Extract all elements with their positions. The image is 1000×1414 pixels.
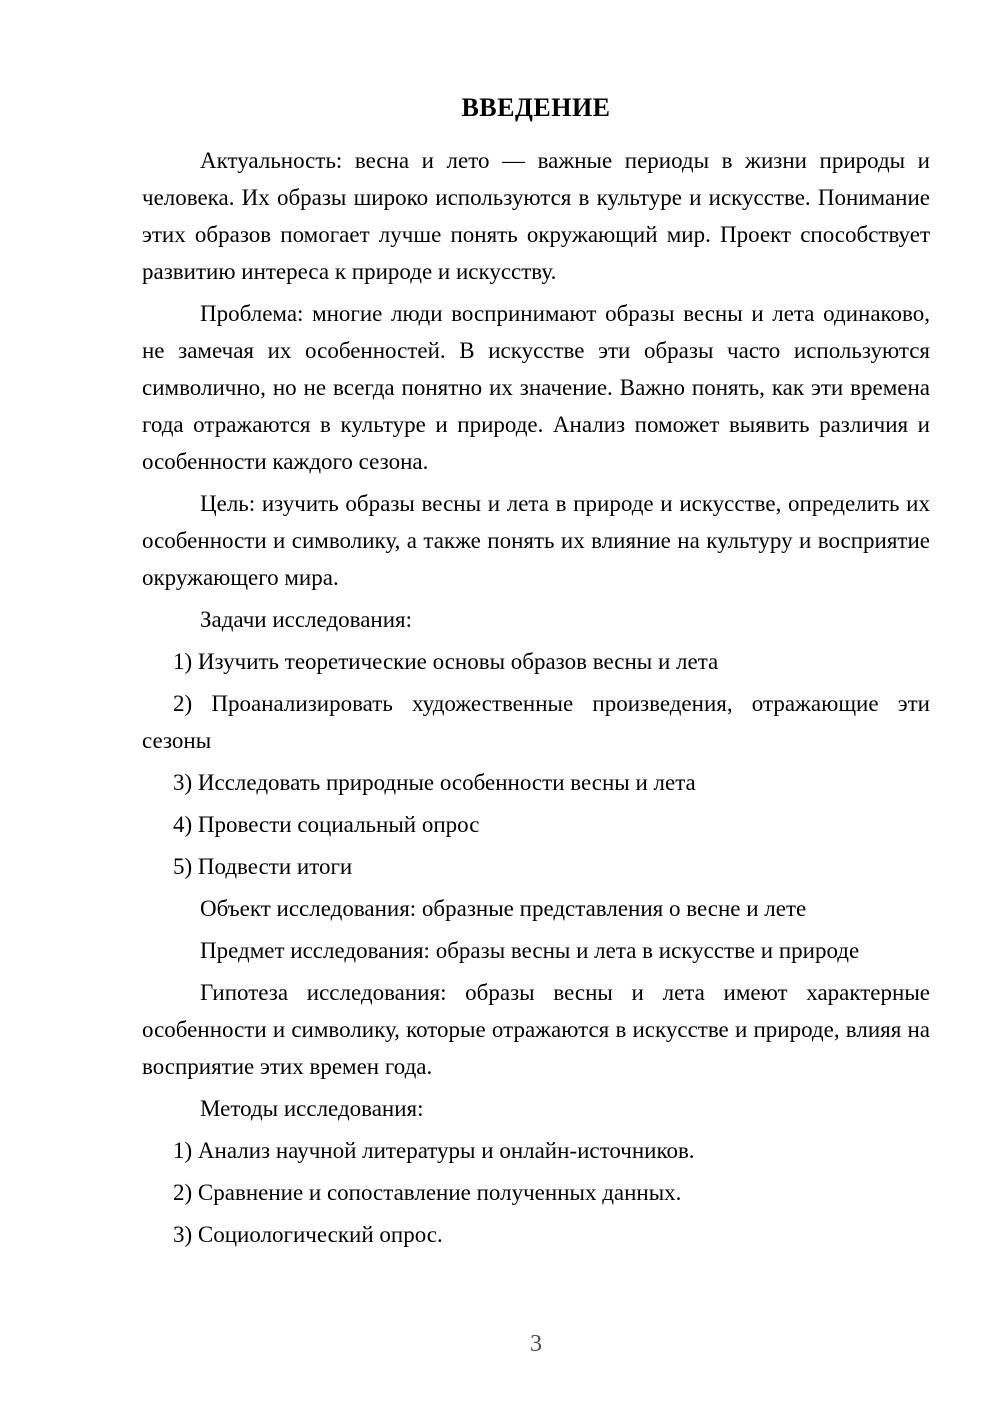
task-item-2: 2) Проанализировать художественные произ… xyxy=(142,685,930,759)
page-number: 3 xyxy=(142,1330,930,1358)
method-item-3: 3) Социологический опрос. xyxy=(142,1216,930,1253)
method-item-2: 2) Сравнение и сопоставление полученных … xyxy=(142,1174,930,1211)
task-item-5: 5) Подвести итоги xyxy=(142,848,930,885)
paragraph-problem: Проблема: многие люди воспринимают образ… xyxy=(142,295,930,480)
paragraph-hypothesis: Гипотеза исследования: образы весны и ле… xyxy=(142,974,930,1085)
paragraph-object: Объект исследования: образные представле… xyxy=(142,890,930,927)
task-item-1: 1) Изучить теоретические основы образов … xyxy=(142,643,930,680)
methods-heading: Методы исследования: xyxy=(142,1090,930,1127)
task-item-3: 3) Исследовать природные особенности вес… xyxy=(142,764,930,801)
document-page: ВВЕДЕНИЕ Актуальность: весна и лето — ва… xyxy=(0,0,1000,1414)
paragraph-subject: Предмет исследования: образы весны и лет… xyxy=(142,932,930,969)
method-item-1: 1) Анализ научной литературы и онлайн-ис… xyxy=(142,1132,930,1169)
paragraph-relevance: Актуальность: весна и лето — важные пери… xyxy=(142,142,930,290)
document-body: ВВЕДЕНИЕ Актуальность: весна и лето — ва… xyxy=(142,92,930,1253)
task-item-4: 4) Провести социальный опрос xyxy=(142,806,930,843)
tasks-heading: Задачи исследования: xyxy=(142,601,930,638)
paragraph-goal: Цель: изучить образы весны и лета в прир… xyxy=(142,485,930,596)
page-title: ВВЕДЕНИЕ xyxy=(142,92,930,124)
